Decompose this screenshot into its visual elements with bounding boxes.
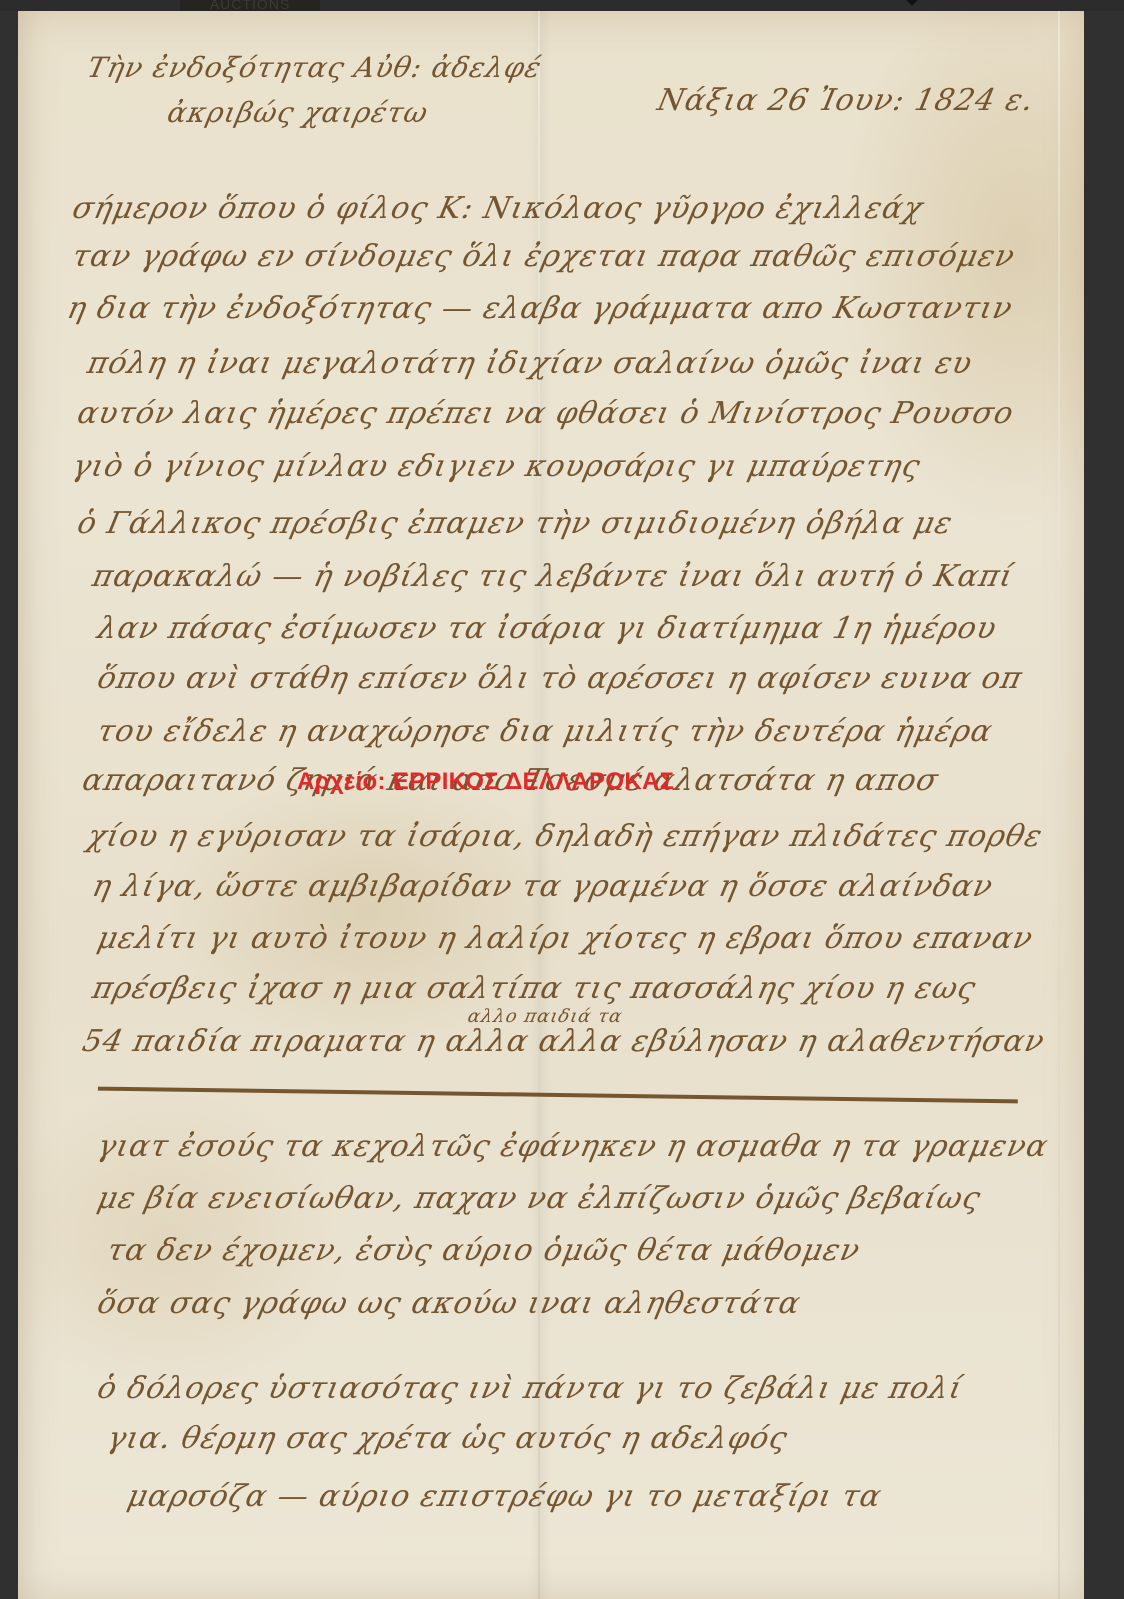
salutation-line-2: ἀκριβώς χαιρέτω [164, 96, 431, 129]
letter-line: παρακαλώ — ἡ νοβίλες τις λεβάντε ἰναι ὅλ… [89, 559, 1016, 594]
letter-line: για. θέρμη σας χρέτα ὡς αυτός η αδελφός [104, 1421, 791, 1456]
letter-line: τα δεν έχομεν, ἐσὺς αύριο ὁμῶς θέτα μάθο… [104, 1233, 863, 1268]
place-date: Νάξια 26 Ἰουν: 1824 ε. [654, 83, 1037, 118]
salutation-line-1: Τὴν ἐνδοξότητας Αὐθ: ἀδελφέ [84, 51, 544, 84]
letter-line: με βία ενεισίωθαν, παχαν να ἐλπίζωσιν ὁμ… [94, 1181, 984, 1216]
letter-line: χίου η εγύρισαν τα ἰσάρια, δηλαδὴ επήγαν… [84, 819, 1046, 854]
letter-line: μελίτι γι αυτὸ ἰτουν η λαλίρι χίοτες η ε… [94, 921, 1036, 956]
letter-line: η δια τὴν ἐνδοξότητας — ελαβα γράμματα α… [64, 291, 1016, 326]
letter-line: πρέσβεις ἰχασ η μια σαλτίπα τις πασσάλης… [89, 971, 979, 1006]
paper-fold [1058, 11, 1060, 1599]
auctions-tab[interactable]: AUCTIONS [180, 0, 320, 11]
letter-line: γιὸ ὁ γίνιος μίνλαυ εδιγιεν κουρσάρις γι… [69, 449, 924, 484]
letter-line: πόλη η ἰναι μεγαλοτάτη ἰδιχίαν σαλαίνω ὁ… [84, 346, 975, 381]
letter-line: λαν πάσας ἐσίμωσεν τα ἰσάρια γι διατίμημ… [94, 611, 1000, 646]
letter-line: γιατ ἐσούς τα κεχολτῶς ἐφάνηκεν η ασμαθα… [94, 1129, 1051, 1164]
letter-line: σήμερον ὅπου ὁ φίλος Κ: Νικόλαος γῦργρο … [69, 191, 926, 226]
letter-line: μαρσόζα — αύριο επιστρέφω γι το μεταξίρι… [124, 1479, 885, 1514]
letter-line: η λίγα, ὥστε αμβιβαρίδαν τα γραμένα η ὅσ… [89, 869, 996, 904]
letter-line: ὁ δόλορες ὑστιασότας ινὶ πάντα γι το ζεβ… [94, 1371, 966, 1406]
letter-line: ταν γράφω εν σίνδομες ὅλι ἐρχεται παρα π… [69, 239, 1018, 274]
dropdown-caret-icon[interactable] [906, 0, 918, 6]
letter-page: Τὴν ἐνδοξότητας Αὐθ: ἀδελφέ ἀκριβώς χαιρ… [18, 11, 1084, 1599]
viewer-top-bar: AUCTIONS [0, 0, 1124, 11]
letter-line: του εἴδελε η αναχώρησε δια μιλιτίς τὴν δ… [94, 714, 996, 749]
letter-line: ὁ Γάλλικος πρέσβις ἐπαμεν τὴν σιμιδιομέν… [74, 506, 956, 541]
archive-watermark: Αρχείο: ΕΡΡΙΚΟΣ ΔΕΛΛΑΡΟΚΑΣ [297, 768, 674, 796]
struck-out-line [98, 1067, 1018, 1104]
letter-line: 54 παιδία πιραματα η αλλα αλλα εβύλησαν … [79, 1024, 1048, 1059]
letter-line: ὅσα σας γράφω ως ακούω ιναι αληθεστάτα [94, 1286, 804, 1321]
letter-line: ὅπου ανὶ στάθη επίσεν ὅλι τὸ αρέσσει η α… [94, 661, 1025, 696]
letter-line: αυτόν λαις ἡμέρες πρέπει να φθάσει ὁ Μιν… [74, 396, 1017, 431]
